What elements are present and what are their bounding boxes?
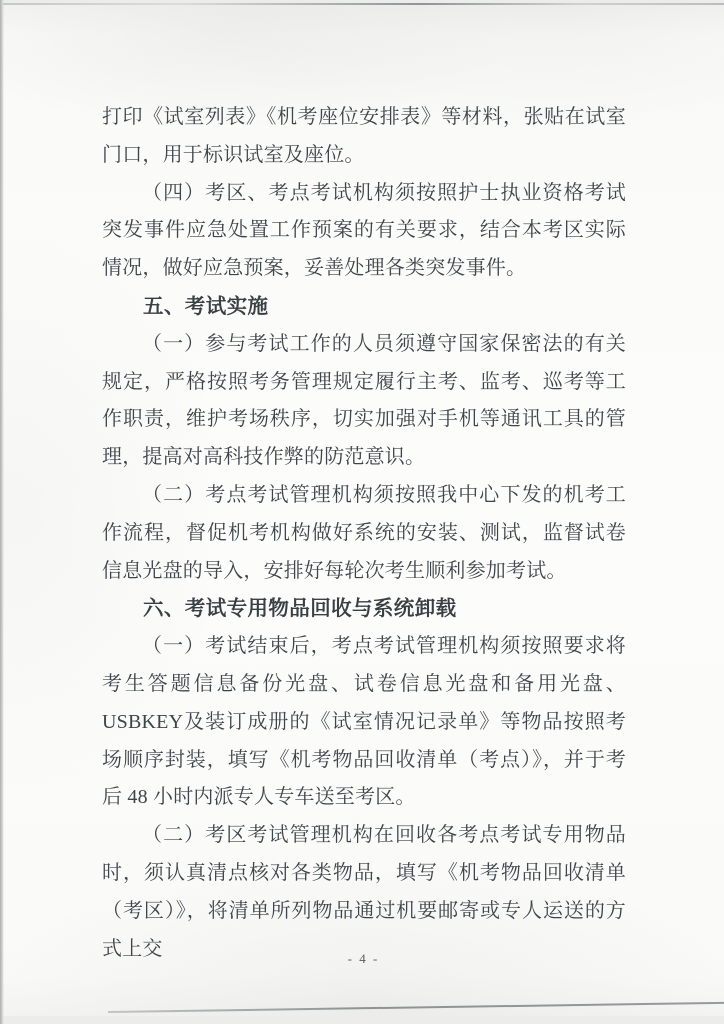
paragraph: （一）参与考试工作的人员须遵守国家保密法的有关规定，严格按照考务管理规定履行主考… bbox=[102, 326, 626, 477]
text-block: 打印《试室列表》《机考座位安排表》等材料，张贴在试室门口，用于标识试室及座位。（… bbox=[102, 99, 626, 968]
section-heading: 五、考试实施 bbox=[102, 288, 626, 326]
page-left-edge bbox=[0, 0, 4, 1024]
paragraph: （四）考区、考点考试机构须按照护士执业资格考试突发事件应急处置工作预案的有关要求… bbox=[102, 175, 626, 288]
paragraph: （一）考试结束后，考点考试管理机构须按照要求将考生答题信息备份光盘、试卷信息光盘… bbox=[102, 628, 626, 817]
page-number: - 4 - bbox=[3, 951, 724, 967]
scanned-document-page: 打印《试室列表》《机考座位安排表》等材料，张贴在试室门口，用于标识试室及座位。（… bbox=[3, 5, 724, 1016]
paragraph: （二）考点考试管理机构须按照我中心下发的机考工作流程，督促机考机构做好系统的安装… bbox=[102, 477, 626, 590]
page-top-edge bbox=[0, 3, 724, 5]
section-heading: 六、考试专用物品回收与系统卸载 bbox=[102, 590, 626, 628]
paragraph: 打印《试室列表》《机考座位安排表》等材料，张贴在试室门口，用于标识试室及座位。 bbox=[102, 99, 626, 175]
paragraph: （二）考区考试管理机构在回收各考点考试专用物品时，须认真清点核对各类物品，填写《… bbox=[102, 817, 626, 968]
